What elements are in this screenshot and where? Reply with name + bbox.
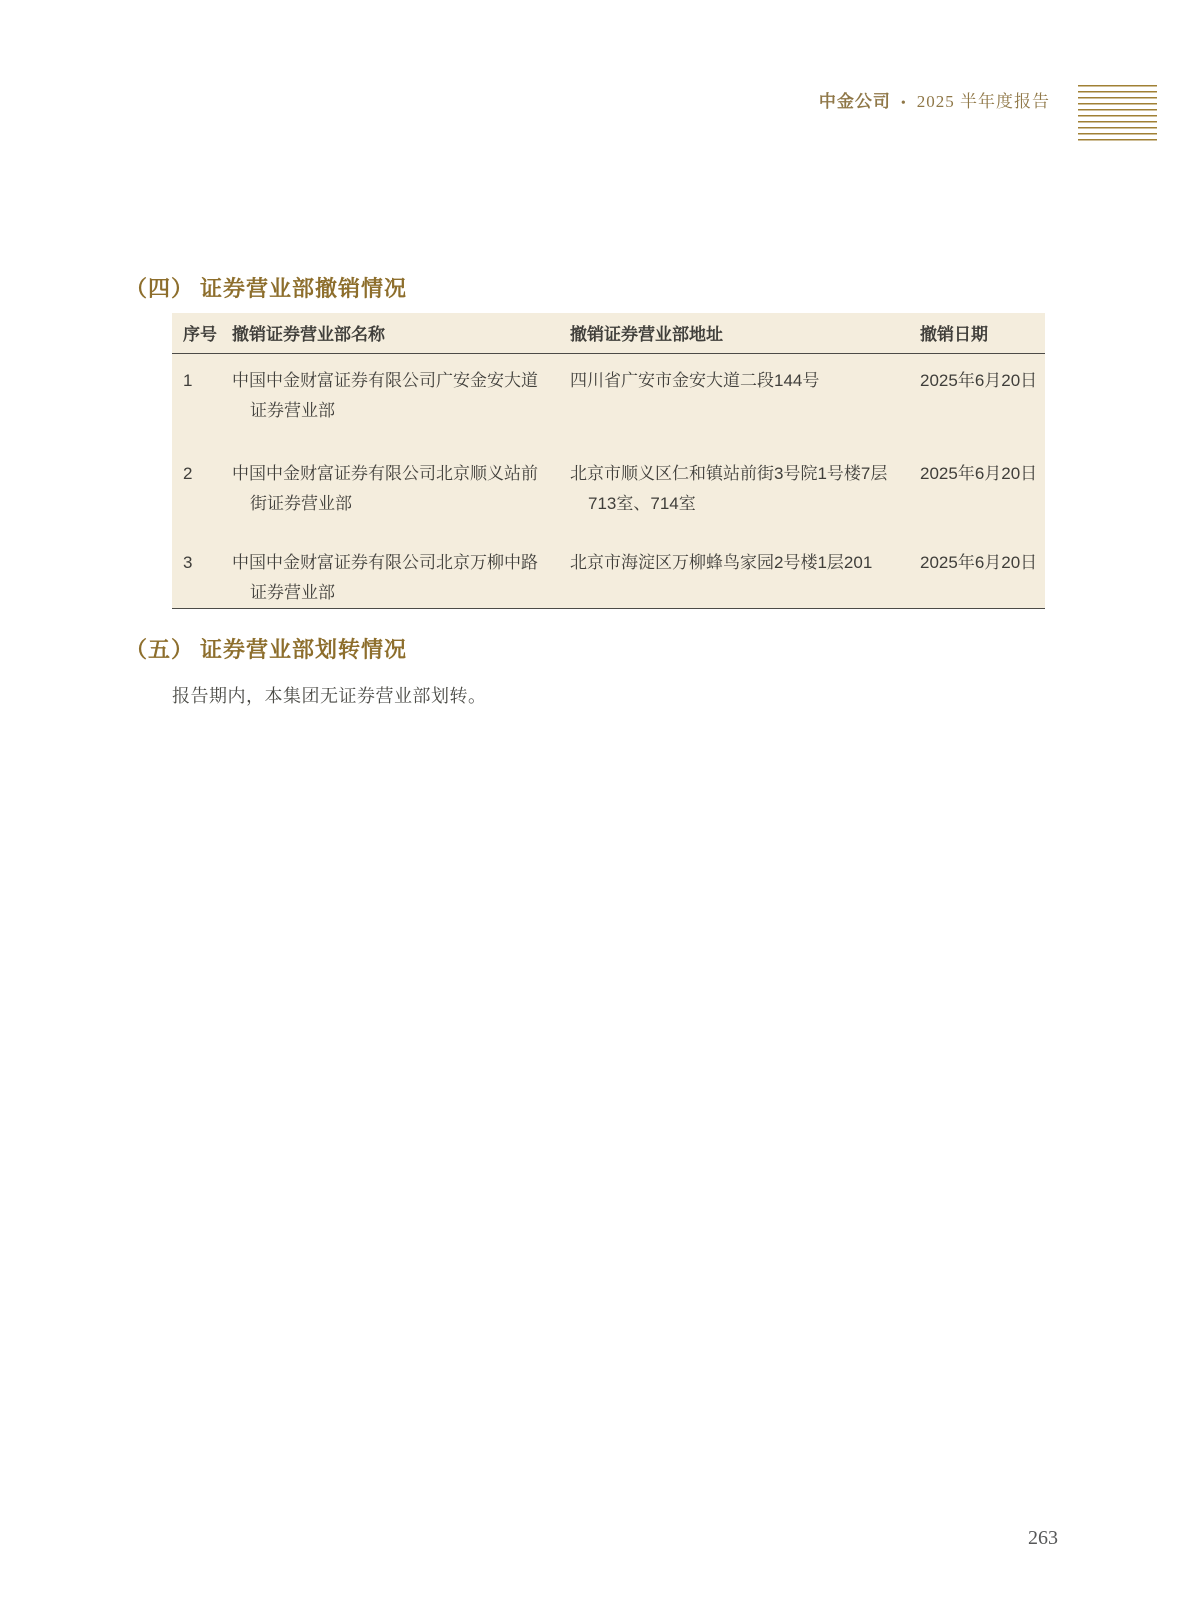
branch-cancellation-table: 序号 撤销证券营业部名称 撤销证券营业部地址 撤销日期 1 中国中金财富证券有限…: [172, 313, 1045, 609]
table-row: 2 中国中金财富证券有限公司北京顺义站前 街证券营业部 北京市顺义区仁和镇站前街…: [172, 446, 1045, 536]
column-header-date: 撤销日期: [920, 313, 1045, 353]
cell-cancellation-date: 2025年6月20日: [920, 536, 1045, 609]
table-row: 3 中国中金财富证券有限公司北京万柳中路 证券营业部 北京市海淀区万柳蜂鸟家园2…: [172, 536, 1045, 609]
section-4-heading: （四）证券营业部撤销情况: [125, 272, 407, 303]
horizontal-stripes-icon: [1078, 85, 1157, 141]
section-5-heading: （五）证券营业部划转情况: [125, 633, 407, 664]
column-header-name: 撤销证券营业部名称: [232, 313, 570, 353]
cell-cancellation-date: 2025年6月20日: [920, 353, 1045, 446]
report-title: 2025 半年度报告: [917, 92, 1050, 111]
table-header-row: 序号 撤销证券营业部名称 撤销证券营业部地址 撤销日期: [172, 313, 1045, 353]
section-4-number: （四）: [125, 276, 194, 301]
cell-index: 2: [172, 446, 232, 536]
cell-index: 1: [172, 353, 232, 446]
table-row: 1 中国中金财富证券有限公司广安金安大道 证券营业部 四川省广安市金安大道二段1…: [172, 353, 1045, 446]
page-header: 中金公司•2025 半年度报告: [819, 87, 1050, 112]
page-number: 263: [1028, 1527, 1058, 1550]
column-header-index: 序号: [172, 313, 232, 353]
cell-branch-name: 中国中金财富证券有限公司北京万柳中路 证券营业部: [232, 536, 570, 609]
cell-branch-name: 中国中金财富证券有限公司广安金安大道 证券营业部: [232, 353, 570, 446]
cell-index: 3: [172, 536, 232, 609]
company-name: 中金公司: [819, 92, 891, 111]
section-4-title: 证券营业部撤销情况: [200, 276, 407, 301]
section-5-title: 证券营业部划转情况: [200, 637, 407, 662]
header-separator-dot: •: [901, 96, 907, 111]
section-5-body: 报告期内，本集团无证券营业部划转。: [172, 682, 487, 708]
report-page: 中金公司•2025 半年度报告 （四）证券营业部撤销情况 序号 撤销证券营业部名…: [0, 0, 1190, 1615]
cell-branch-address: 北京市顺义区仁和镇站前街3号院1号楼7层 713室、714室: [570, 446, 920, 536]
cell-branch-name: 中国中金财富证券有限公司北京顺义站前 街证券营业部: [232, 446, 570, 536]
cell-branch-address: 北京市海淀区万柳蜂鸟家园2号楼1层201: [570, 536, 920, 609]
section-5-number: （五）: [125, 637, 194, 662]
cell-branch-address: 四川省广安市金安大道二段144号: [570, 353, 920, 446]
column-header-address: 撤销证券营业部地址: [570, 313, 920, 353]
cell-cancellation-date: 2025年6月20日: [920, 446, 1045, 536]
